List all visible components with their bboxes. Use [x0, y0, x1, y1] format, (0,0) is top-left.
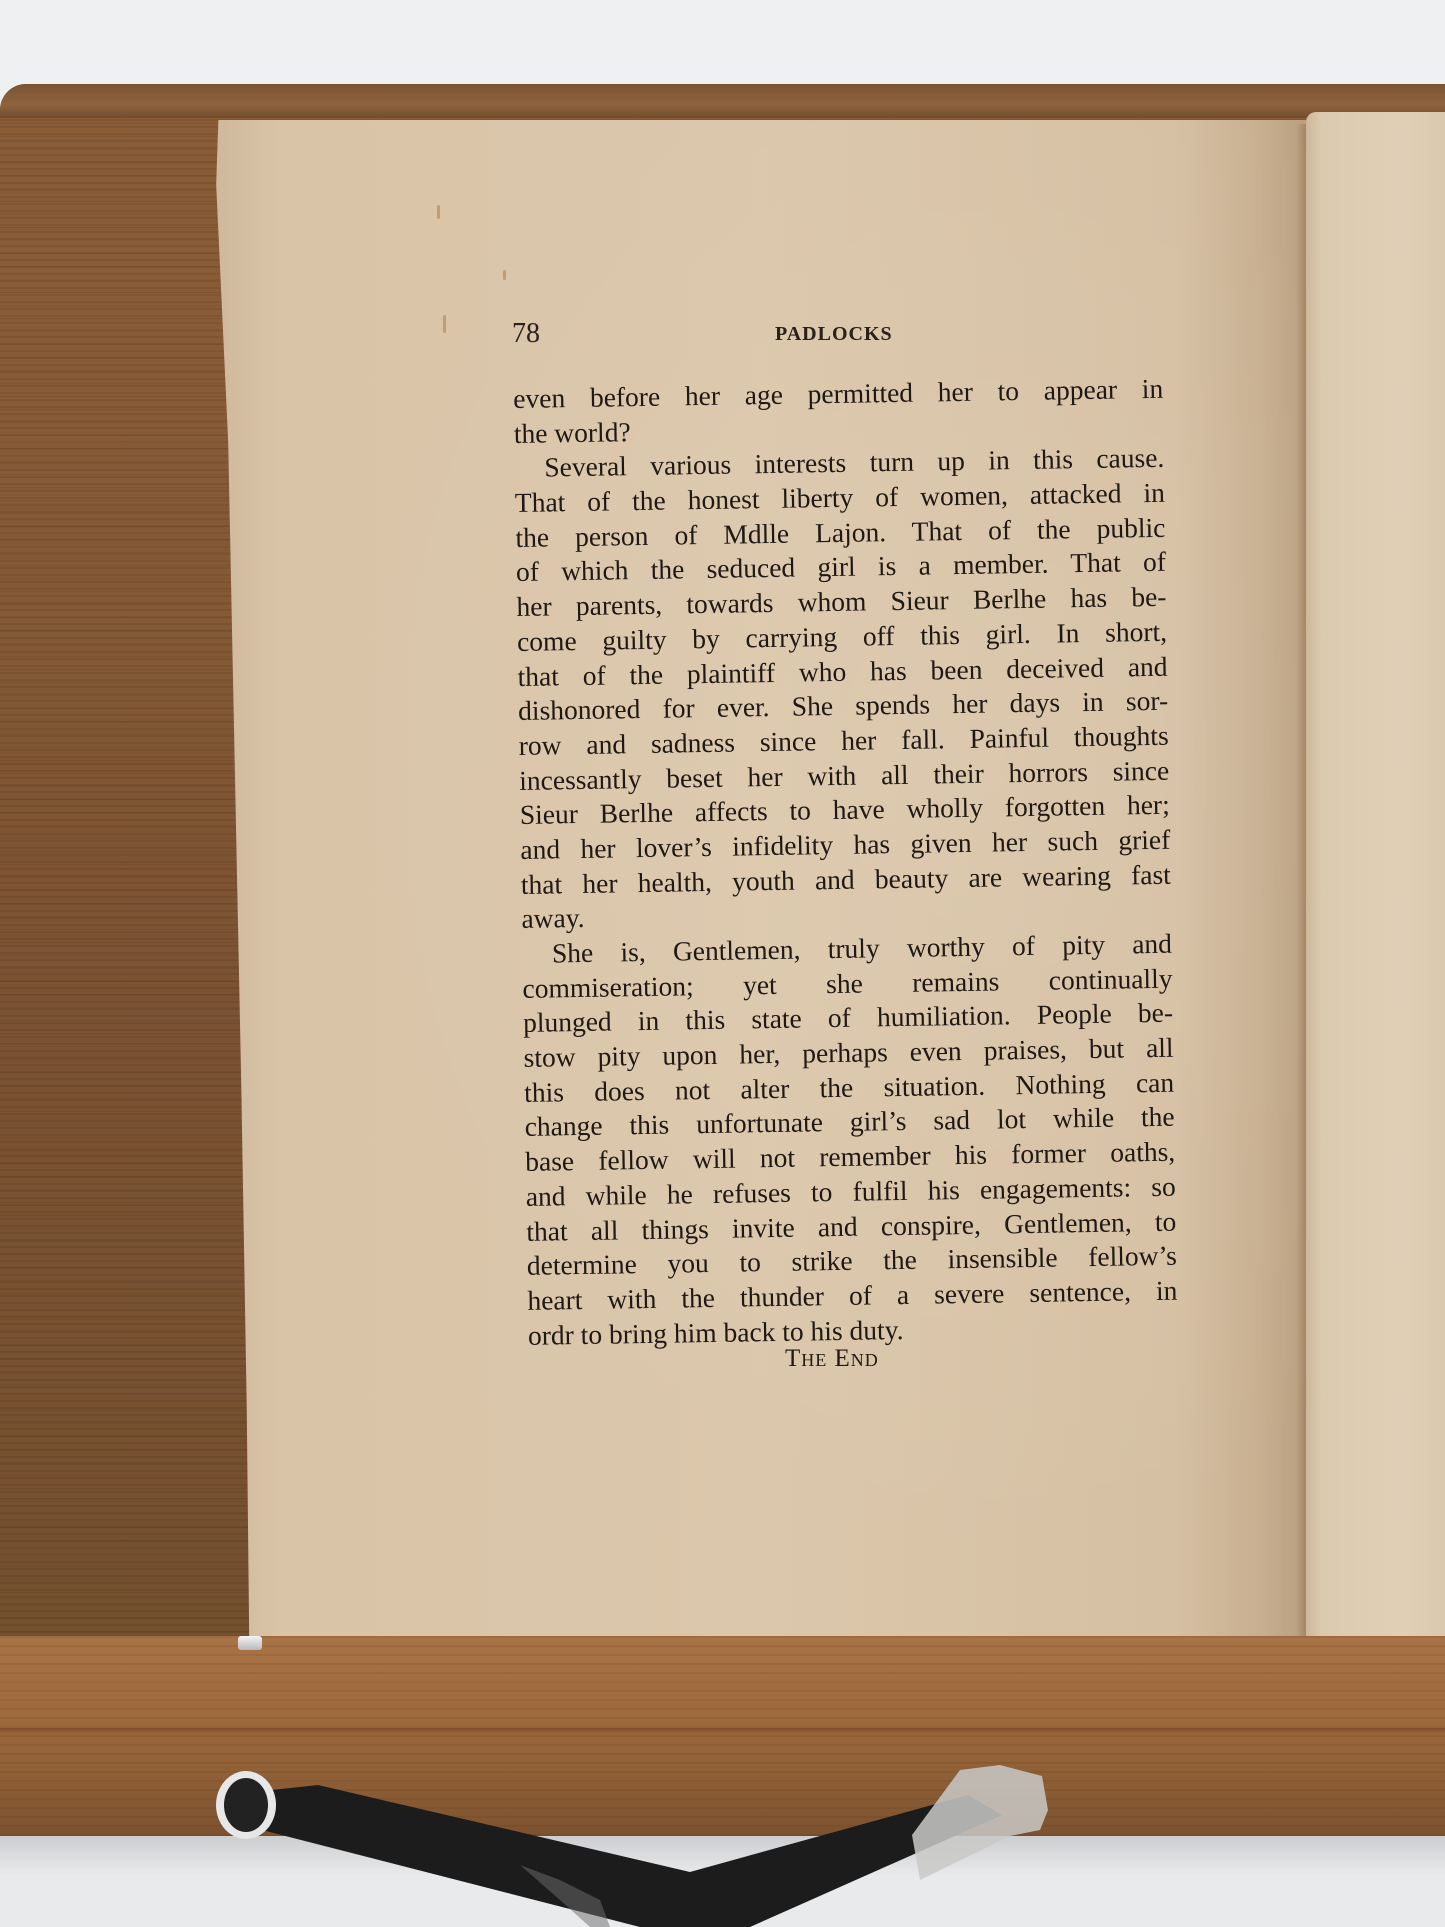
foxing-spot	[437, 205, 440, 219]
page-gutter-shadow	[1296, 124, 1306, 1684]
body-text: even before her age permitted her to app…	[513, 372, 1178, 1353]
running-head: 78 PADLOCKS	[0, 318, 1445, 358]
foxing-spot	[503, 270, 506, 280]
page-number: 78	[512, 318, 540, 350]
facing-page	[1306, 112, 1445, 1752]
ledge-edge-line	[0, 1728, 1445, 1734]
the-end-heading: The End	[785, 1345, 879, 1373]
running-title: PADLOCKS	[775, 323, 893, 346]
book-stand-top-edge	[0, 84, 1445, 118]
book-stand-ledge	[0, 1636, 1445, 1836]
ledge-shadow	[0, 1836, 1445, 1876]
metal-pin	[238, 1636, 262, 1650]
